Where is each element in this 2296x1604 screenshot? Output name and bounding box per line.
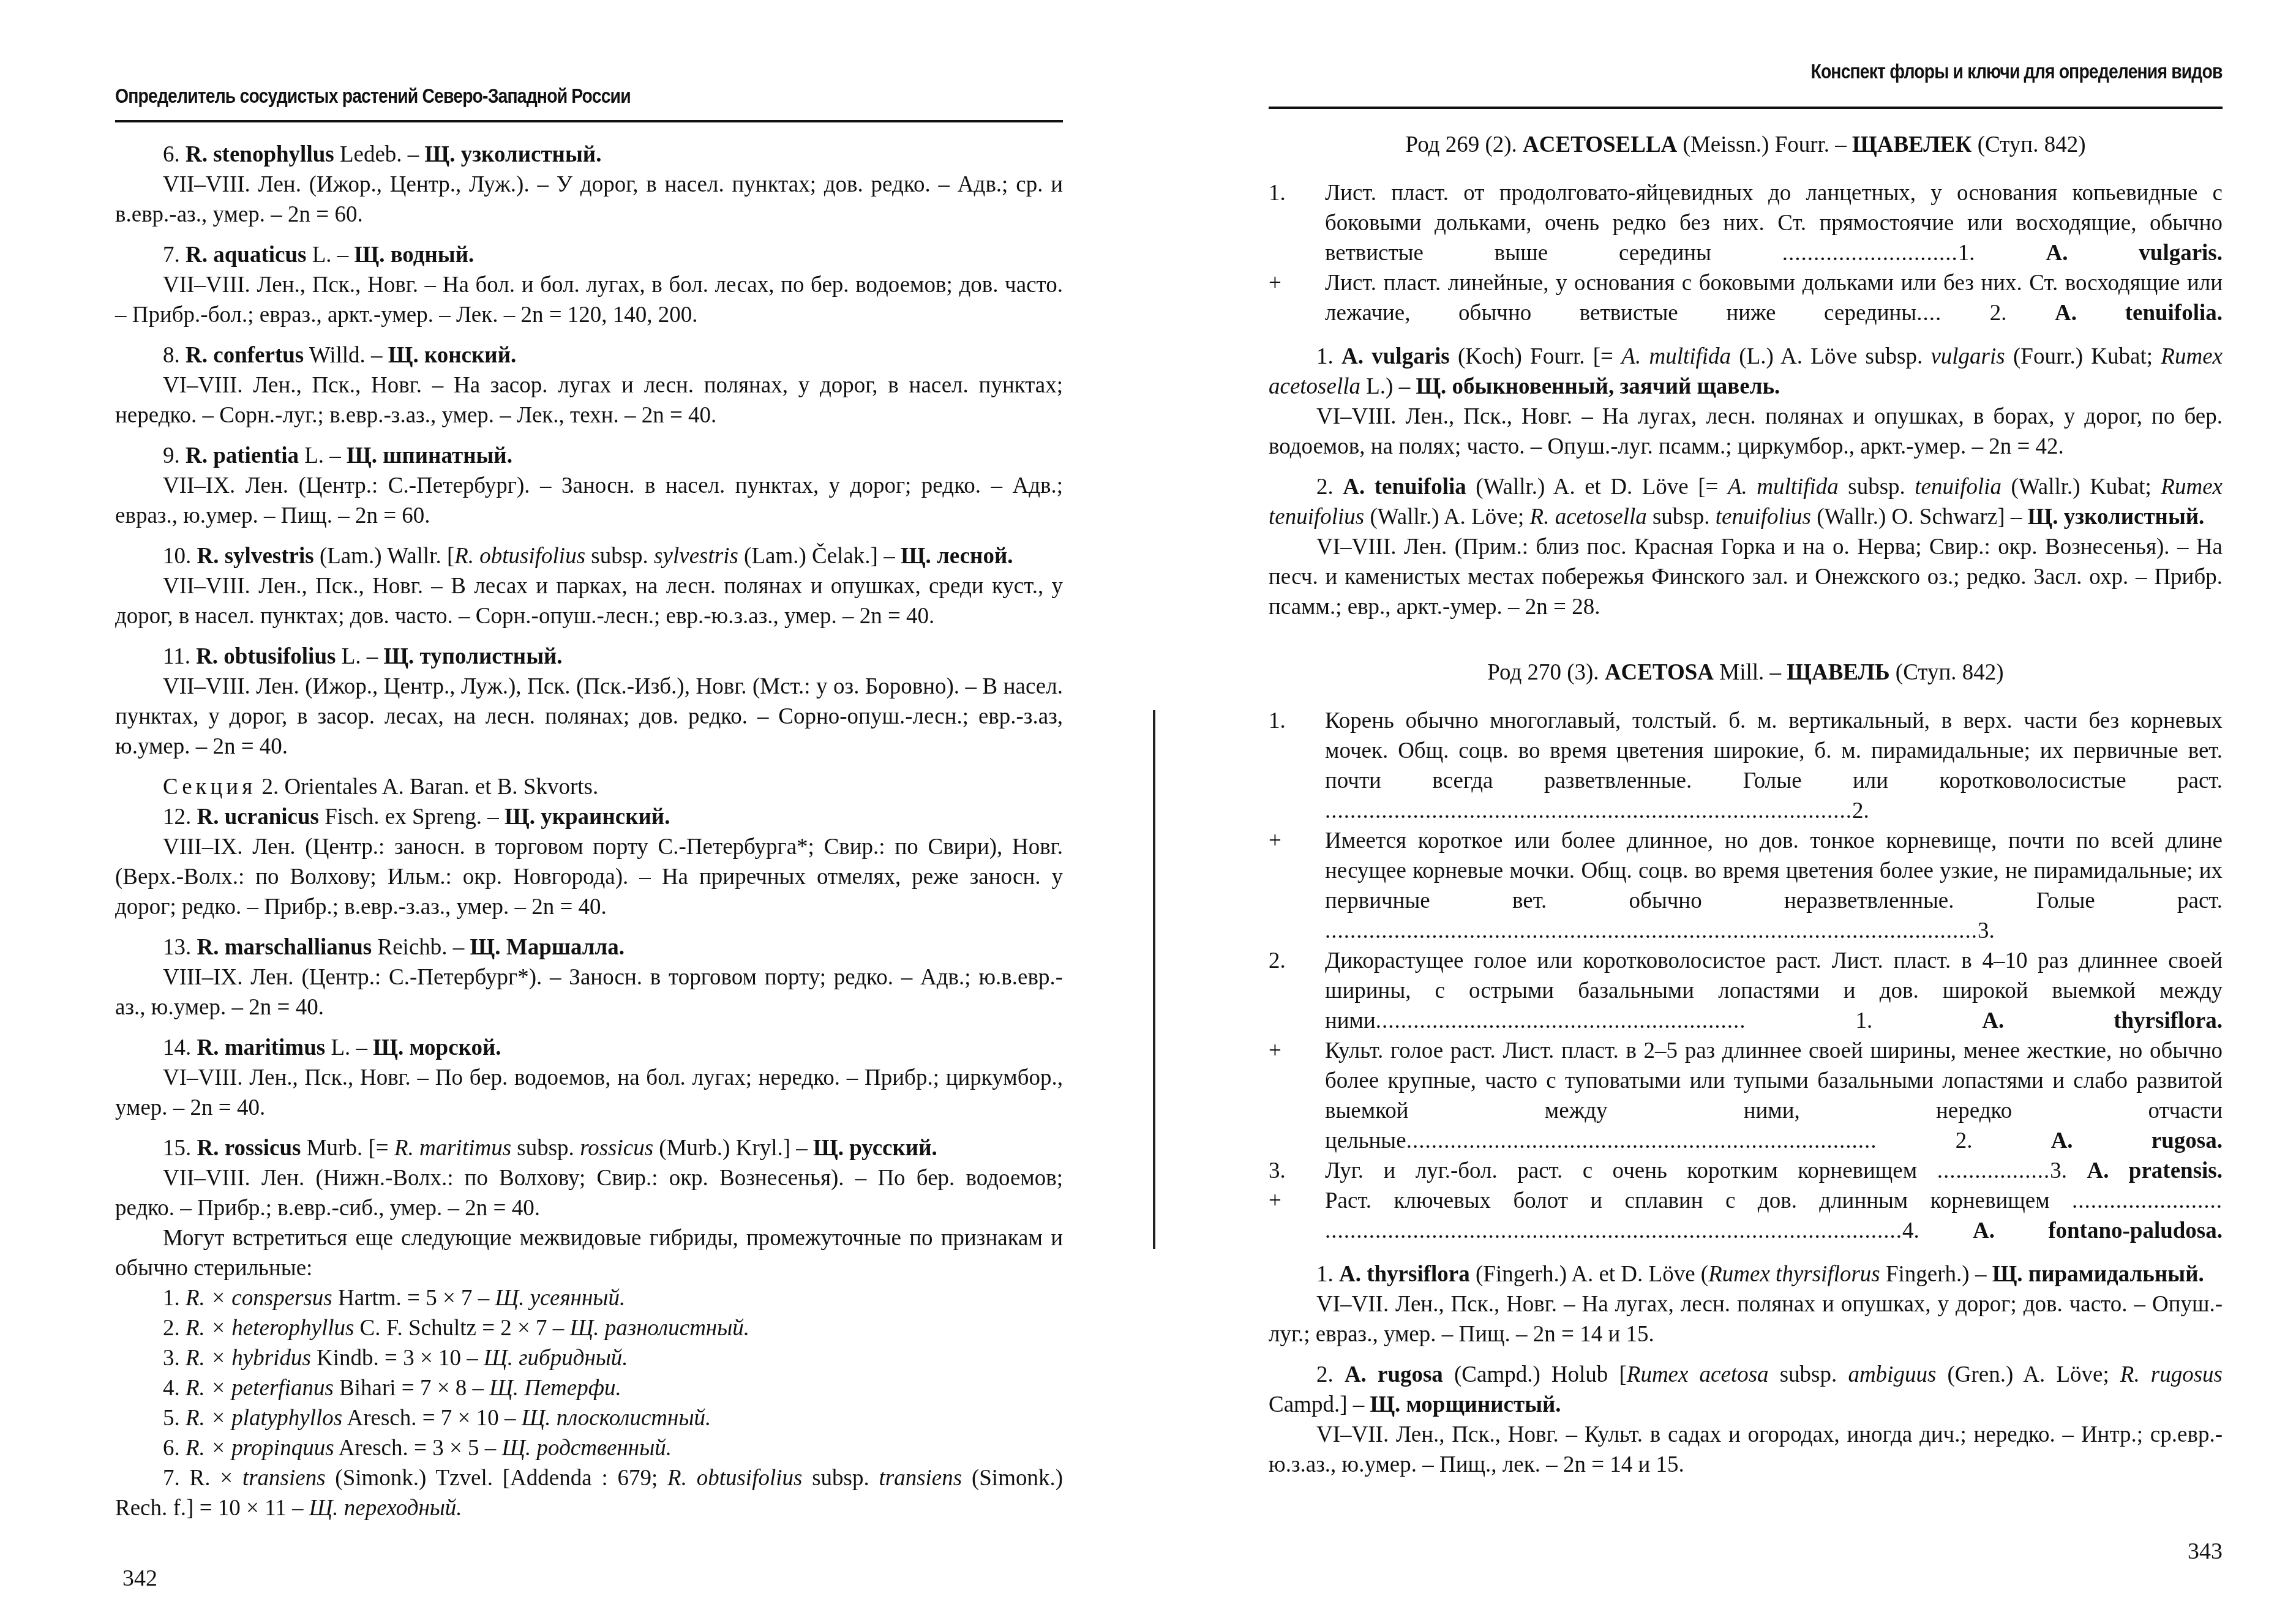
species-entry: 11. R. obtusifolius L. – Щ. туполистный.…	[115, 642, 1063, 762]
genus-heading: Род 269 (2). ACETOSELLA (Meissn.) Fourr.…	[1269, 130, 2223, 160]
key-marker: 2.	[1269, 946, 1325, 1036]
key-couplet: +Лист. пласт. линейные, у основания с бо…	[1269, 268, 2223, 328]
key-text: Дикорастущее голое или коротковолосистое…	[1325, 946, 2223, 1036]
common-name: Щ. шпинатный.	[347, 443, 512, 468]
species-name: R. obtusifolius	[196, 644, 336, 669]
species-list: 1. A. vulgaris (Koch) Fourr. [= A. multi…	[1269, 342, 2223, 622]
gutter-shadow	[1153, 710, 1155, 1249]
species-description: VI–VII. Лен., Пск., Новг. – Культ. в сад…	[1269, 1420, 2223, 1480]
key-text: Культ. голое раст. Лист. пласт. в 2–5 ра…	[1325, 1036, 2223, 1156]
hybrid-item: 1. R. × conspersus Hartm. = 5 × 7 – Щ. у…	[115, 1283, 1063, 1313]
hybrid-item: 6. R. × propinquus Aresch. = 3 × 5 – Щ. …	[115, 1433, 1063, 1463]
common-name: Щ. узколистный.	[425, 142, 602, 167]
common-name: Щ. Маршалла.	[470, 935, 625, 960]
key-text: Раст. ключевых болот и сплавин с дов. дл…	[1325, 1186, 2223, 1246]
species-entry: 1. A. thyrsiflora (Fingerh.) A. et D. Lö…	[1269, 1259, 2223, 1349]
species-description: VIII–IX. Лен. (Центр.: заносн. в торгово…	[115, 832, 1063, 922]
running-head-left: Определитель сосудистых растений Северо-…	[115, 84, 631, 108]
species-description: VII–VIII. Лен., Пск., Новг. – На бол. и …	[115, 270, 1063, 330]
species-name: R. marschallianus	[197, 935, 372, 960]
key-marker: +	[1269, 268, 1325, 328]
species-description: VII–IX. Лен. (Центр.: С.-Петербург). – З…	[115, 471, 1063, 531]
species-list: 1. A. thyrsiflora (Fingerh.) A. et D. Lö…	[1269, 1259, 2223, 1480]
key-couplet: +Культ. голое раст. Лист. пласт. в 2–5 р…	[1269, 1036, 2223, 1156]
species-entry: 6. R. stenophyllus Ledeb. – Щ. узколистн…	[115, 140, 1063, 230]
hybrid-epithet: peterfianus	[231, 1376, 333, 1401]
common-name: Щ. Петерфи.	[489, 1376, 621, 1401]
species-description: VI–VIII. Лен. (Прим.: близ пос. Красная …	[1269, 532, 2223, 622]
hybrid-epithet: propinquus	[231, 1436, 334, 1461]
species-heading: 6. R. stenophyllus Ledeb. – Щ. узколистн…	[115, 140, 1063, 170]
species-heading: 1. A. thyrsiflora (Fingerh.) A. et D. Lö…	[1269, 1259, 2223, 1289]
identification-key: 1.Лист. пласт. от продолговато-яйцевидны…	[1269, 178, 2223, 328]
page-number: 342	[122, 1565, 157, 1592]
page-number: 343	[2188, 1538, 2223, 1565]
key-text: Луг. и луг.-бол. раст. с очень коротким …	[1325, 1156, 2223, 1186]
species-description: VI–VIII. Лен., Пск., Новг. – На лугах, л…	[1269, 402, 2223, 462]
species-name: R. aquaticus	[186, 242, 306, 268]
hybrid-epithet: platyphyllos	[231, 1406, 342, 1431]
key-result: A. fontano-paludosa.	[1973, 1218, 2223, 1243]
species-entry: 1. A. vulgaris (Koch) Fourr. [= A. multi…	[1269, 342, 2223, 462]
header-rule	[1269, 107, 2223, 109]
species-heading: 1. A. vulgaris (Koch) Fourr. [= A. multi…	[1269, 342, 2223, 402]
leader-dots: ........................................…	[1406, 1128, 1877, 1153]
species-heading: 2. A. tenuifolia (Wallr.) A. et D. Löve …	[1269, 472, 2223, 532]
leader-dots: ........................	[2072, 1188, 2223, 1213]
species-heading: 10. R. sylvestris (Lam.) Wallr. [R. obtu…	[115, 541, 1063, 571]
hybrids-intro: Могут встретиться еще следующие межвидов…	[115, 1223, 1063, 1283]
species-heading: 14. R. maritimus L. – Щ. морской.	[115, 1033, 1063, 1063]
common-name: Щ. украинский.	[505, 804, 670, 830]
species-entry: 8. R. confertus Willd. – Щ. конский.VI–V…	[115, 340, 1063, 430]
species-heading: 9. R. patientia L. – Щ. шпинатный.	[115, 441, 1063, 471]
species-name: R. sylvestris	[197, 544, 314, 569]
common-name: Щ. родственный.	[502, 1436, 672, 1461]
common-name: Щ. пирамидальный.	[1992, 1262, 2204, 1287]
leader-dots: ........................................…	[1376, 1008, 1746, 1033]
species-list-2: 12. R. ucranicus Fisch. ex Spreng. – Щ. …	[115, 802, 1063, 1223]
key-couplet: +Имеется короткое или более длинное, но …	[1269, 826, 2223, 946]
species-entry: 10. R. sylvestris (Lam.) Wallr. [R. obtu…	[115, 541, 1063, 631]
running-head-right: Конспект флоры и ключи для определения в…	[1811, 60, 2223, 83]
species-name: A. vulgaris	[1341, 344, 1450, 369]
key-marker: 1.	[1269, 178, 1325, 268]
hybrid-epithet: conspersus	[231, 1286, 332, 1311]
common-name: Щ. русский.	[813, 1136, 937, 1161]
species-name: R. patientia	[186, 443, 299, 468]
species-description: VII–VIII. Лен. (Ижор., Центр., Луж.), Пс…	[115, 672, 1063, 762]
species-description: VII–VIII. Лен. (Нижн.-Волх.: по Волхову;…	[115, 1163, 1063, 1223]
leader-dots: ........................................…	[1325, 1218, 1902, 1243]
species-entry: 7. R. aquaticus L. – Щ. водный.VII–VIII.…	[115, 240, 1063, 330]
key-text: Корень обычно многоглавый, толстый. б. м…	[1325, 706, 2223, 826]
species-description: VI–VIII. Лен., Пск., Новг. – На засор. л…	[115, 370, 1063, 430]
key-result: 2.	[1852, 798, 1869, 823]
common-name: Щ. гибридный.	[484, 1346, 628, 1371]
key-marker: +	[1269, 1036, 1325, 1156]
species-heading: 15. R. rossicus Murb. [= R. maritimus su…	[115, 1133, 1063, 1163]
species-description: VIII–IX. Лен. (Центр.: С.-Петербург*). –…	[115, 962, 1063, 1022]
key-couplet: 1.Корень обычно многоглавый, толстый. б.…	[1269, 706, 2223, 826]
common-name: Щ. туполистный.	[383, 644, 562, 669]
species-heading: 2. A. rugosa (Campd.) Holub [Rumex aceto…	[1269, 1360, 2223, 1420]
key-couplet: 3.Луг. и луг.-бол. раст. с очень коротки…	[1269, 1156, 2223, 1186]
species-heading: 12. R. ucranicus Fisch. ex Spreng. – Щ. …	[115, 802, 1063, 832]
species-name: A. thyrsiflora	[1339, 1262, 1470, 1287]
species-entry: 14. R. maritimus L. – Щ. морской.VI–VIII…	[115, 1033, 1063, 1123]
species-heading: 13. R. marschallianus Reichb. – Щ. Марша…	[115, 932, 1063, 962]
species-heading: 11. R. obtusifolius L. – Щ. туполистный.	[115, 642, 1063, 672]
key-marker: 1.	[1269, 706, 1325, 826]
species-description: VII–VIII. Лен., Пск., Новг. – В лесах и …	[115, 571, 1063, 631]
common-name: Щ. водный.	[355, 242, 475, 268]
leader-dots: ..................	[1937, 1158, 2050, 1183]
species-name: R. confertus	[186, 343, 304, 368]
species-name: R. ucranicus	[197, 804, 319, 830]
common-name: Щ. лесной.	[901, 544, 1013, 569]
species-heading: 7. R. aquaticus L. – Щ. водный.	[115, 240, 1063, 270]
hybrid-item: 3. R. × hybridus Kindb. = 3 × 10 – Щ. ги…	[115, 1343, 1063, 1373]
species-description: VI–VIII. Лен., Пск., Новг. – По бер. вод…	[115, 1063, 1063, 1123]
common-name: Щ. разнолистный.	[570, 1316, 749, 1341]
hybrid-item: 7. R. × transiens (Simonk.) Tzvel. [Adde…	[115, 1463, 1063, 1523]
species-entry: 9. R. patientia L. – Щ. шпинатный.VII–IX…	[115, 441, 1063, 531]
hybrid-epithet: heterophyllus	[231, 1316, 354, 1341]
key-result: A. thyrsiflora.	[1982, 1008, 2223, 1033]
species-name: A. tenuifolia	[1343, 474, 1466, 500]
species-entry: 13. R. marschallianus Reichb. – Щ. Марша…	[115, 932, 1063, 1022]
right-page-body: Род 269 (2). ACETOSELLA (Meissn.) Fourr.…	[1269, 120, 2223, 1480]
genus-heading: Род 270 (3). ACETOSA Mill. – ЩАВЕЛЬ (Сту…	[1269, 658, 2223, 688]
key-text: Лист. пласт. от продолговато-яйцевидных …	[1325, 178, 2223, 268]
key-couplet: 2.Дикорастущее голое или коротковолосист…	[1269, 946, 2223, 1036]
key-marker: +	[1269, 826, 1325, 946]
key-marker: 3.	[1269, 1156, 1325, 1186]
common-name: Щ. плосколистный.	[522, 1406, 711, 1431]
leader-dots: ....	[1916, 301, 1941, 326]
identification-key: 1.Корень обычно многоглавый, толстый. б.…	[1269, 706, 2223, 1246]
key-marker: +	[1269, 1186, 1325, 1246]
common-name: Щ. узколистный.	[2028, 504, 2205, 530]
species-heading: 8. R. confertus Willd. – Щ. конский.	[115, 340, 1063, 370]
leader-dots: ........................................…	[1325, 798, 1852, 823]
species-description: VII–VIII. Лен. (Ижор., Центр., Луж.). – …	[115, 170, 1063, 230]
species-entry: 2. A. rugosa (Campd.) Holub [Rumex aceto…	[1269, 1360, 2223, 1480]
key-result: A. vulgaris.	[2046, 241, 2223, 266]
species-description: VI–VII. Лен., Пск., Новг. – На лугах, ле…	[1269, 1289, 2223, 1349]
key-result: A. rugosa.	[2051, 1128, 2223, 1153]
species-name: R. maritimus	[197, 1035, 326, 1060]
species-entry: 12. R. ucranicus Fisch. ex Spreng. – Щ. …	[115, 802, 1063, 922]
section-heading: Секция 2. Orientales A. Baran. et B. Skv…	[115, 772, 1063, 802]
common-name: Щ. обыкновенный, заячий щавель.	[1416, 374, 1780, 399]
common-name: Щ. конский.	[388, 343, 516, 368]
species-entry: 2. A. tenuifolia (Wallr.) A. et D. Löve …	[1269, 472, 2223, 622]
species-name: A. rugosa	[1345, 1362, 1443, 1387]
species-entry: 15. R. rossicus Murb. [= R. maritimus su…	[115, 1133, 1063, 1223]
leader-dots: ............................	[1782, 241, 1958, 266]
key-result: A. pratensis.	[2087, 1158, 2223, 1183]
header-rule	[115, 120, 1063, 122]
hybrid-item: 5. R. × platyphyllos Aresch. = 7 × 10 – …	[115, 1403, 1063, 1433]
hybrid-list: 1. R. × conspersus Hartm. = 5 × 7 – Щ. у…	[115, 1283, 1063, 1463]
common-name: Щ. морской.	[373, 1035, 501, 1060]
key-result: A. tenuifolia.	[2055, 301, 2223, 326]
common-name: Щ. морщинистый.	[1370, 1392, 1561, 1417]
key-text: Лист. пласт. линейные, у основания с бок…	[1325, 268, 2223, 328]
species-name: R. rossicus	[197, 1136, 301, 1161]
key-result: 3.	[1978, 918, 1995, 943]
left-page-body: 6. R. stenophyllus Ledeb. – Щ. узколистн…	[115, 140, 1063, 1523]
hybrid-item: 2. R. × heterophyllus C. F. Schultz = 2 …	[115, 1313, 1063, 1343]
key-couplet: +Раст. ключевых болот и сплавин с дов. д…	[1269, 1186, 2223, 1246]
key-couplet: 1.Лист. пласт. от продолговато-яйцевидны…	[1269, 178, 2223, 268]
common-name: Щ. усеянный.	[495, 1286, 626, 1311]
species-name: R. stenophyllus	[186, 142, 334, 167]
species-list: 6. R. stenophyllus Ledeb. – Щ. узколистн…	[115, 140, 1063, 762]
hybrid-item: 4. R. × peterfianus Bihari = 7 × 8 – Щ. …	[115, 1373, 1063, 1403]
hybrid-epithet: hybridus	[231, 1346, 311, 1371]
leader-dots: ........................................…	[1325, 918, 1978, 943]
key-text: Имеется короткое или более длинное, но д…	[1325, 826, 2223, 946]
